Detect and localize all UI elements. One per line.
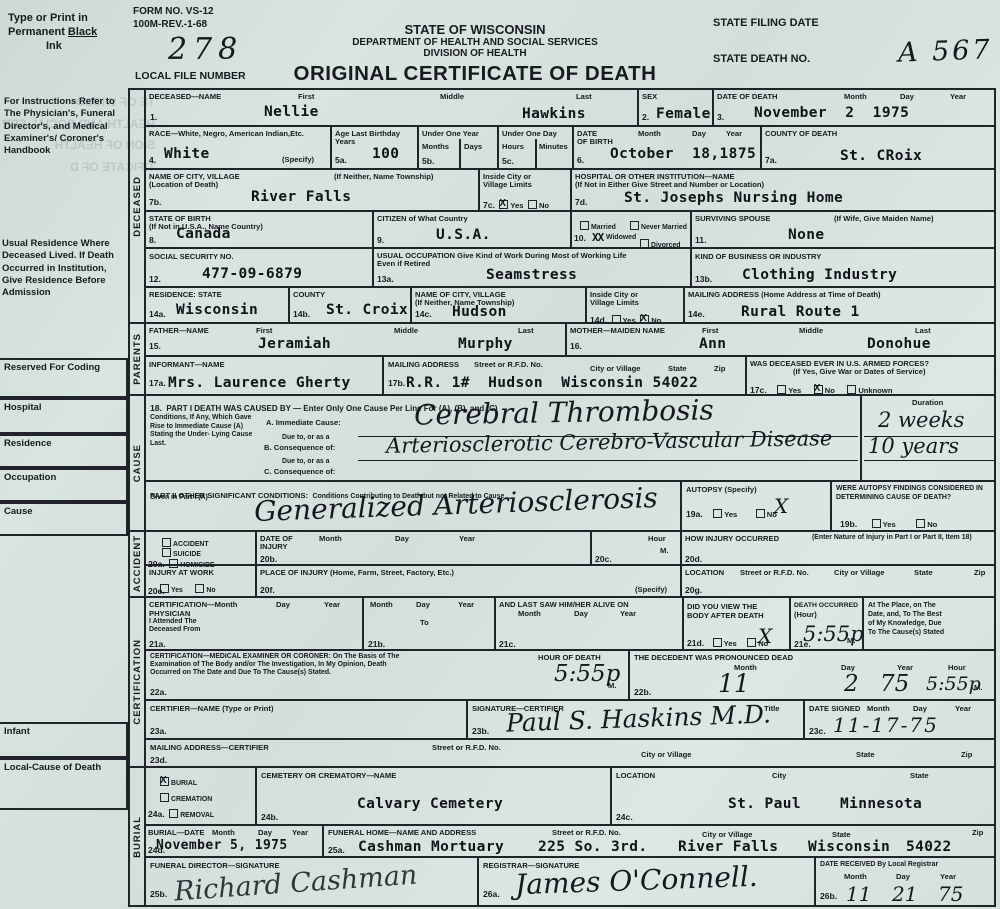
field-funeral-home: FUNERAL HOME—NAME AND ADDRESS Street or … [322,826,996,858]
dob-value: October 18,1875 [610,146,756,162]
document-title-block: STATE OF WISCONSIN DEPARTMENT OF HEALTH … [280,22,670,86]
spouse-label: SURVIVING SPOUSE [695,214,770,223]
field-medical-examiner: CERTIFICATION—MEDICAL EXAMINER OR CORONE… [144,651,628,701]
death-occurred-label: DEATH OCCURRED [794,602,858,610]
hours-label: Hours [502,142,524,151]
field-race: RACE—White, Negro, American Indian,Etc. … [144,127,330,170]
field-number: 17b. [388,378,405,388]
informant-label: INFORMANT—NAME [149,360,225,369]
field-date-of-death: DATE OF DEATH Month Day Year 3. November… [712,88,996,127]
yes-label: Yes [788,386,801,395]
spouse-value: None [788,227,825,243]
col-zip: Zip [972,828,983,837]
father-first-value: Jeramiah [258,336,331,352]
field-residence-state: RESIDENCE: STATE 14a. Wisconsin [144,288,288,324]
col-day: Day [913,704,927,713]
received-day-value: 21 [892,882,917,906]
meridiem-label: M. [974,683,982,692]
received-year-value: 75 [938,882,963,906]
spouse-hint: (If Wife, Give Maiden Name) [834,214,934,223]
residence-city-value: Hudson [452,304,507,320]
certify-note3: of My Knowledge, Due [868,620,942,629]
field-number: 15. [149,341,161,351]
checkbox-no-checked [747,638,756,647]
yes-label: Yes [883,520,896,529]
section-label-certification: CERTIFICATION [132,639,143,725]
col-street: Street or R.F.D. No. [474,360,543,369]
field-autopsy: AUTOPSY (Specify) 19a. Yes No X [680,482,830,532]
date-received-label: DATE RECEIVED By Local Registrar [820,861,992,870]
meridiem-label: M. [847,636,855,645]
handwritten-x-mark: X [774,494,788,518]
field-date-of-injury: DATE OF INJURY Month Day Year 20b. [255,532,590,566]
local-file-number-value: 278 [168,32,243,67]
col-state: State [910,771,929,780]
checkbox-no [528,200,537,209]
line-a-label: A. Immediate Cause: [266,418,341,427]
field-number: 21a. [149,639,166,649]
col-city-village: City or Village [641,750,692,759]
residence-county-value: St. Croix [326,302,408,318]
col-state: State [832,830,851,839]
line-c-label: C. Consequence of: [264,467,335,476]
col-month: Month [867,704,890,713]
armed-forces-hint: (If Yes, Give War or Dates of Service) [793,367,926,376]
coding-box-hospital: Hospital [0,398,128,434]
field-number: 17c. [750,385,767,395]
checkbox-yes-checked: X [499,200,508,209]
residence-state-value: Wisconsin [176,302,258,318]
father-label: FATHER—NAME [149,326,209,335]
field-number: 20g. [685,585,702,595]
field-mailing-address: MAILING ADDRESS (Home Address at Time of… [683,288,996,324]
col-city-village: City or Village [590,364,641,373]
field-number: 12. [149,274,161,284]
industry-label: KIND OF BUSINESS OR INDUSTRY [695,252,821,261]
col-state: State [914,568,933,577]
coding-box-local-cause: Local-Cause of Death [0,758,128,810]
state-death-no-value: A 567 [897,34,993,68]
col-zip: Zip [961,750,972,759]
field-residence-county: COUNTY 14b. St. Croix [288,288,410,324]
field-industry: KIND OF BUSINESS OR INDUSTRY 13b. Clothi… [690,249,996,288]
attended-label2: Deceased From [149,626,200,635]
race-label: RACE—White, Negro, American Indian,Etc. [149,129,327,138]
col-state: State [856,750,875,759]
mailing-address-value: Rural Route 1 [741,304,860,320]
field-number: 20e. [148,586,165,596]
field-ssn: SOCIAL SECURITY NO. 12. 477-09-6879 [144,249,372,288]
field-surviving-spouse: SURVIVING SPOUSE (If Wife, Give Maiden N… [690,212,996,249]
field-burial-date: BURIAL—DATE Month Day Year 24d. November… [144,826,322,858]
field-disposition-type: XBURIAL CREMATION 24a. REMOVAL [144,768,255,826]
mother-last-value: Donohue [867,336,931,352]
cremation-option: CREMATION [171,796,212,803]
hospital-value: St. Josephs Nursing Home [624,190,843,206]
duration-b-value: 10 years [868,434,959,458]
burial-date-value: November 5, 1975 [156,838,288,853]
specify-label: (Specify) [635,585,667,594]
ink-instruction-note: Type or Print in Permanent Black Ink [8,12,97,53]
field-marital-status: Married Never Married 10. XX Widowed Div… [570,212,690,249]
mother-label: MOTHER—MAIDEN NAME [570,326,665,335]
field-cemetery-location: LOCATION City State 24c. St. Paul Minnes… [610,768,996,826]
field-county-of-death: COUNTY OF DEATH 7a. St. CRoix [760,127,996,170]
col-middle: Middle [799,326,823,335]
col-year: Year [950,92,966,101]
field-number: 24c. [616,812,633,822]
field-number: 23d. [150,755,167,765]
checkbox-yes [713,638,722,647]
city-of-death-value: River Falls [251,189,351,205]
checkbox-no-checked [756,509,765,518]
date-of-injury-label2: INJURY [260,542,288,551]
checkbox-yes [713,509,722,518]
physician-label: PHYSICIAN [149,609,190,618]
field-number: 5a. [335,155,347,165]
field-number: 13a. [377,274,394,284]
conditions-note: Conditions, If Any, Which Gave Rise to I… [150,414,258,449]
field-funeral-director-signature: FUNERAL DIRECTOR—SIGNATURE 25b. Richard … [144,858,477,907]
death-certificate-document: TE OF WISCOHEALTH AND SOCIAL SER SION OF… [0,0,1000,909]
no-label: No [206,587,215,594]
field-certifier-name: CERTIFIER—NAME (Type or Print) 23a. [144,701,466,740]
col-last: Last [576,92,592,101]
pronounced-hour-value: 5:55p [926,673,981,695]
how-injury-hint: (Enter Nature of Injury in Part I or Par… [812,534,972,543]
field-number: 20f. [260,585,275,595]
col-day: Day [276,600,290,609]
field-number: 2. [642,112,649,122]
yes-label: Yes [171,587,183,594]
immediate-cause-value: Cerebral Thrombosis [414,393,714,431]
col-zip: Zip [974,568,985,577]
col-month: Month [319,534,342,543]
view-body-label1: DID YOU VIEW THE [687,602,757,611]
never-married-label: Never Married [641,224,687,231]
coding-box-cause: Cause [0,502,128,536]
field-inside-city-limits: Inside City or Village Limits 7c. XYes N… [478,170,570,212]
pronounced-day-value: 2 [844,671,859,697]
section-label-cause: CAUSE [132,444,143,482]
field-place-of-injury: PLACE OF INJURY (Home, Farm, Street, Fac… [255,566,680,598]
checkbox-burial-checked: X [160,777,169,786]
checkbox-removal [169,809,178,818]
field-residence-inside-limits: Inside City or Village Limits 14d. Yes X… [585,288,683,324]
col-street: Street or R.F.D. No. [552,828,621,837]
field-certifier-mailing-address: MAILING ADDRESS—CERTIFIER Street or R.F.… [144,740,996,768]
occupation-value: Seamstress [486,267,577,283]
injury-at-work-label: INJURY AT WORK [149,568,214,577]
deceased-last-name-value: Hawkins [522,106,586,122]
col-middle: Middle [394,326,418,335]
cemetery-label: CEMETERY OR CREMATORY—NAME [261,771,396,780]
field-number: 6. [577,155,584,165]
citizen-value: U.S.A. [436,227,491,243]
meridiem-label: M. [660,546,668,555]
under-one-year-label: Under One Year [422,129,479,138]
field-city-of-death: NAME OF CITY, VILLAGE (Location of Death… [144,170,478,212]
how-injury-label: HOW INJURY OCCURRED [685,534,779,543]
field-number: 10. [574,233,586,243]
col-month: Month [844,872,867,881]
field-number: 25a. [328,845,345,855]
field-number: 24b. [261,812,278,822]
section-label-accident: ACCIDENT [132,535,143,592]
department-name: DEPARTMENT OF HEALTH AND SOCIAL SERVICES [280,37,670,48]
field-number: 3. [717,112,724,122]
field-how-injury-occurred: HOW INJURY OCCURRED (Enter Nature of Inj… [680,532,996,566]
field-number: 5b. [422,156,434,166]
col-year: Year [324,600,340,609]
inside-limits-label2: Village Limits [483,180,532,189]
field-number: 4. [149,155,156,165]
mailing-address-label: MAILING ADDRESS (Home Address at Time of… [688,290,988,299]
field-state-of-birth: STATE OF BIRTH (If Not in U.S.A., Name C… [144,212,372,249]
state-filing-date-label: STATE FILING DATE [713,17,819,29]
col-day: Day [416,600,430,609]
funeral-home-state-value: Wisconsin [808,839,890,855]
minutes-label: Minutes [539,142,568,151]
field-number: 23c. [809,726,826,736]
funeral-home-city-value: River Falls [678,839,778,855]
col-street: Street or R.F.D. No. [740,568,809,577]
checkbox-married [580,221,589,230]
col-month: Month [370,600,393,609]
field-number: 14e. [688,309,705,319]
last-saw-alive-label: AND LAST SAW HIM/HER ALIVE ON [499,600,679,609]
col-year: Year [458,600,474,609]
field-age: Age Last Birthday Years 5a. 100 [330,127,417,170]
informant-address-label: MAILING ADDRESS [388,360,459,369]
due-to-label: Due to, or as a [282,458,329,467]
pronounced-month-value: 11 [718,669,750,698]
part2-hint2: Given in Part I (A) [150,494,208,503]
field-number: 20c. [595,554,612,564]
residence-state-label: RESIDENCE: STATE [149,290,222,299]
age-years-label: Years [335,137,355,146]
checkbox-never-married [630,221,639,230]
field-number: 21d. [687,638,704,648]
field-under-one-year: Under One Year Months 5b. Days [417,127,497,170]
date-of-death-value: November 2 1975 [754,105,909,121]
field-number: 14b. [293,309,310,319]
field-registrar-signature: REGISTRAR—SIGNATURE 26a. James O'Connell… [477,858,814,907]
field-number: 20b. [260,554,277,564]
line-b-label: B. Consequence of: [264,443,335,452]
field-number: 24a. [148,809,165,819]
field-deceased-name: DECEASED—NAME First Middle Last 1. Nelli… [144,88,637,127]
city-sublabel: (Location of Death) [149,180,218,189]
field-date-of-birth: DATE OF BIRTH Month Day Year 6. October … [572,127,760,170]
location-label: LOCATION [685,568,724,577]
col-day: Day [395,534,409,543]
field-number: 7c. [483,200,495,210]
section-label-burial: BURIAL [132,816,143,858]
col-month: Month [638,129,661,138]
checkbox-yes [777,385,786,394]
field-number: 26a. [483,889,500,899]
local-file-number-label: LOCAL FILE NUMBER [135,70,246,82]
state-name: STATE OF WISCONSIN [280,22,670,37]
field-physician-attended: CERTIFICATION—Month Day Year PHYSICIAN I… [144,598,362,651]
section-strip-burial: BURIAL [128,768,144,907]
section-strip-certification: CERTIFICATION [128,598,144,768]
mother-first-value: Ann [699,336,726,352]
field-number: 13b. [695,274,712,284]
ink-note-line3: Ink [8,40,97,54]
duration-label: Duration [912,398,943,407]
state-of-birth-value: Canada [176,226,231,242]
months-label: Months [422,142,449,151]
checkbox-cremation [160,793,169,802]
coding-box-infant: Infant [0,722,128,758]
field-number: 20d. [685,554,702,564]
field-number: 19b. [840,519,857,529]
no-label: No [825,386,835,395]
col-year: Year [726,129,742,138]
funeral-home-name-value: Cashman Mortuary [358,839,504,855]
field-number: 26b. [820,891,837,901]
occupation-sublabel: Even if Retired [377,259,430,268]
registrar-signature-value: James O'Connell. [514,860,758,901]
section-strip-parents: PARENTS [128,324,144,396]
col-street: Street or R.F.D. No. [432,743,501,752]
field-date-received: DATE RECEIVED By Local Registrar Month D… [814,858,996,907]
field-number: 19a. [686,509,703,519]
ink-note-line1: Type or Print in [8,12,97,26]
field-number: 14c. [415,309,432,319]
field-number: 16. [570,341,582,351]
col-day: Day [258,828,272,837]
deceased-first-name-value: Nellie [264,104,319,120]
coding-box-reserved: Reserved For Coding [0,358,128,398]
widowed-checked-mark: XX [592,231,603,244]
certifier-name-label: CERTIFIER—NAME (Type or Print) [150,704,273,713]
date-signed-value: 11-17-75 [833,713,939,737]
divorced-label: Divorced [651,242,681,249]
certify-note1: At The Place, on The [868,602,936,611]
due-to-label: Due to, or as a [282,434,329,443]
autopsy-label: AUTOPSY (Specify) [686,485,757,494]
widowed-label: Widowed [606,234,636,243]
burial-option: BURIAL [171,780,197,787]
date-signed-label: DATE SIGNED [809,704,860,713]
ssn-label: SOCIAL SECURITY NO. [149,252,234,261]
date-of-death-label: DATE OF DEATH [717,92,777,101]
field-number: 8. [149,235,156,245]
x-mark: X [640,313,647,324]
checkbox-divorced [640,239,649,248]
unknown-label: Unknown [858,386,892,395]
father-last-value: Murphy [458,336,513,352]
col-month: Month [212,828,235,837]
col-city-village: City or Village [702,830,753,839]
col-day: Day [574,609,588,618]
married-label: Married [591,224,616,231]
margin-instructions: For Instructions Refer to The Physician'… [4,96,122,158]
burial-date-label: BURIAL—DATE [148,828,204,837]
funeral-home-zip-value: 54022 [906,839,952,855]
field-certify-statement: At The Place, on The Date, and, To The B… [862,598,996,651]
col-first: First [256,326,272,335]
section-label-parents: PARENTS [132,333,143,385]
field-father-name: FATHER—NAME First Middle Last 15. Jerami… [144,324,565,357]
certifier-mailing-label: MAILING ADDRESS—CERTIFIER [150,743,269,752]
field-number: 21c. [499,639,516,649]
field-number: 22b. [634,687,651,697]
field-death-occurred-hour: DEATH OCCURRED (Hour) 21e. 5:55p M. [789,598,862,651]
no-label: No [539,201,549,210]
cemetery-city-value: St. Paul [728,796,801,812]
county-of-death-label: COUNTY OF DEATH [765,129,837,138]
col-middle: Middle [440,92,464,101]
col-zip: Zip [714,364,725,373]
field-number: 23a. [150,726,167,736]
field-number: 21b. [368,639,385,649]
citizen-label: CITIZEN of What Country [377,214,468,223]
under-one-day-label: Under One Day [502,129,557,138]
field-injury-at-work: INJURY AT WORK Yes No 20e. [144,566,255,598]
field-injury-hour: Hour M. 20c. [590,532,680,566]
field-number: 5c. [502,156,514,166]
state-death-no-label: STATE DEATH NO. [713,53,810,65]
col-first: First [298,92,314,101]
field-injury-location: LOCATION Street or R.F.D. No. City or Vi… [680,566,996,598]
x-mark: X [160,775,167,786]
industry-value: Clothing Industry [742,267,897,283]
field-attended-to-date: Month Day Year To 21b. [362,598,494,651]
division-name: DIVISION OF HEALTH [280,48,670,59]
field-duration: Duration 2 weeks 10 years [860,396,996,482]
field-hospital: HOSPITAL OR OTHER INSTITUTION—NAME (If N… [570,170,996,212]
place-of-injury-label: PLACE OF INJURY (Home, Farm, Street, Fac… [260,568,454,577]
col-year: Year [459,534,475,543]
field-number: 7d. [575,197,587,207]
title-label: Title [764,704,779,713]
margin-residence-note: Usual Residence Where Deceased Lived. If… [2,238,122,300]
certify-note2: Date, and, To The Best [868,611,942,620]
col-first: First [702,326,718,335]
col-day: Day [692,129,706,138]
field-date-signed: DATE SIGNED Month Day Year 23c. 11-17-75 [803,701,996,740]
funeral-director-label: FUNERAL DIRECTOR—SIGNATURE [150,861,280,870]
handwritten-x-mark: X [758,624,772,648]
field-number: 25b. [150,889,167,899]
age-value: 100 [372,146,399,162]
field-number: 18. [150,403,162,413]
received-month-value: 11 [846,882,871,906]
col-year: Year [940,872,956,881]
informant-address-value: R.R. 1# Hudson Wisconsin 54022 [406,375,698,391]
col-day: Day [896,872,910,881]
field-occupation: USUAL OCCUPATION Give Kind of Work Durin… [372,249,690,288]
col-day: Day [900,92,914,101]
city-hint: (If Neither, Name Township) [334,172,433,181]
field-number: 14a. [149,309,166,319]
field-certifier-signature: SIGNATURE—CERTIFIER 23b. Paul S. Haskins… [466,701,803,740]
col-state: State [668,364,687,373]
x-mark: X [814,383,821,394]
section-strip-accident: ACCIDENT [128,532,144,598]
checkbox-yes [612,315,621,324]
col-year: Year [292,828,308,837]
residence-county-label: COUNTY [293,290,325,299]
certification-physician-label: CERTIFICATION—Month [149,600,237,609]
ink-note-line2b: Black [68,26,97,38]
section-strip-cause: CAUSE [128,396,144,532]
x-mark: X [499,198,506,209]
